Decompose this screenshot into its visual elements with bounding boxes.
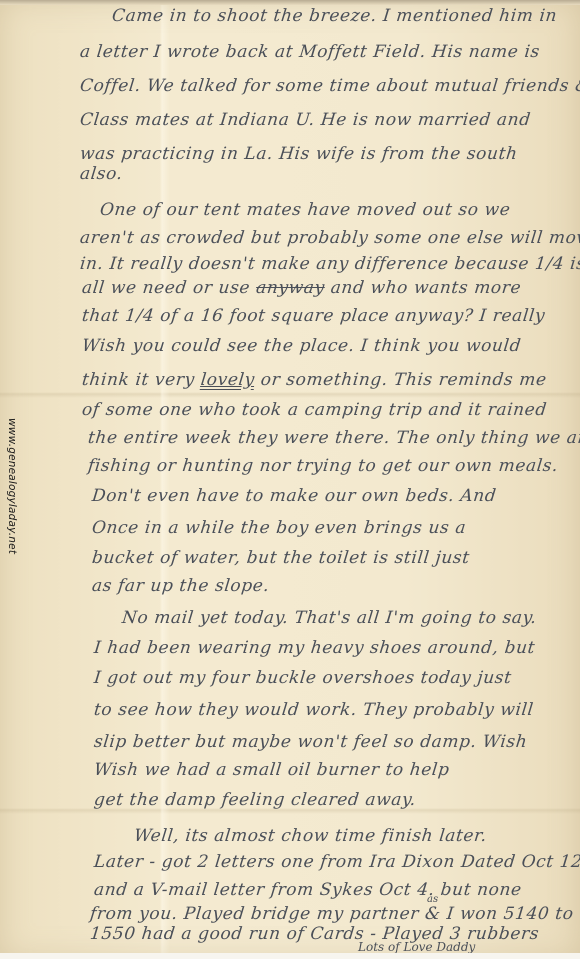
letter-line: of some one who took a camping trip and … xyxy=(81,400,548,420)
letter-line: I got out my four buckle overshoes today… xyxy=(93,668,513,688)
paper-top-edge xyxy=(0,0,580,5)
letter-line: Later - got 2 letters one from Ira Dixon… xyxy=(93,852,580,872)
letter-line: think it very lovely or something. This … xyxy=(81,370,548,390)
letter-line: all we need or use anyway and who wants … xyxy=(81,278,522,298)
letter-line: get the damp feeling cleared away. xyxy=(93,790,417,810)
letter-line: Wish we had a small oil burner to help xyxy=(93,760,451,780)
paper-bottom-edge xyxy=(0,953,580,959)
letter-line: Once in a while the boy even brings us a xyxy=(91,518,467,538)
letter-line: bucket of water, but the toilet is still… xyxy=(91,548,471,568)
letter-line: in. It really doesn't make any differenc… xyxy=(79,254,580,274)
superscript-note: as xyxy=(427,894,438,905)
letter-text: all we need or use xyxy=(81,278,251,298)
letter-line: Wish you could see the place. I think yo… xyxy=(81,336,522,356)
letter-line: from you. Played bridge my partner & I w… xyxy=(89,904,575,924)
watermark: www.genealogyladay.net xyxy=(6,418,18,554)
letter-line: No mail yet today. That's all I'm going … xyxy=(121,608,538,628)
letter-line: Well, its almost chow time finish later. xyxy=(133,826,488,846)
letter-text: or something. This reminds me xyxy=(260,370,548,390)
underlined-word: lovely xyxy=(200,370,256,390)
letter-line: a letter I wrote back at Moffett Field. … xyxy=(79,42,541,62)
letter-line: as far up the slope. xyxy=(91,576,271,596)
letter-text: and who wants more xyxy=(330,278,523,298)
letter-line: aren't as crowded but probably some one … xyxy=(79,228,580,248)
letter-line: Class mates at Indiana U. He is now marr… xyxy=(79,110,532,130)
letter-line: slip better but maybe won't feel so damp… xyxy=(93,732,528,752)
letter-line: was practicing in La. His wife is from t… xyxy=(79,144,519,164)
letter-text: think it very xyxy=(81,370,196,390)
letter-line: and a V-mail letter from Sykes Oct 4. bu… xyxy=(93,880,523,900)
letter-line: the entire week they were there. The onl… xyxy=(87,428,580,448)
letter-line: to see how they would work. They probabl… xyxy=(93,700,535,720)
letter-page: www.genealogyladay.net Came in to shoot … xyxy=(0,0,580,959)
letter-line: Don't even have to make our own beds. An… xyxy=(91,486,497,506)
letter-line: Coffel. We talked for some time about mu… xyxy=(79,76,580,96)
letter-line: I had been wearing my heavy shoes around… xyxy=(93,638,536,658)
struck-word: anyway xyxy=(255,278,326,298)
letter-line: fishing or hunting nor trying to get our… xyxy=(87,456,559,476)
letter-line: Came in to shoot the breeze. I mentioned… xyxy=(111,6,558,26)
signature: Lots of Love Daddy xyxy=(358,940,475,954)
letter-line: One of our tent mates have moved out so … xyxy=(99,200,512,220)
letter-line: that 1/4 of a 16 foot square place anywa… xyxy=(81,306,546,326)
letter-line: also. xyxy=(79,164,124,184)
